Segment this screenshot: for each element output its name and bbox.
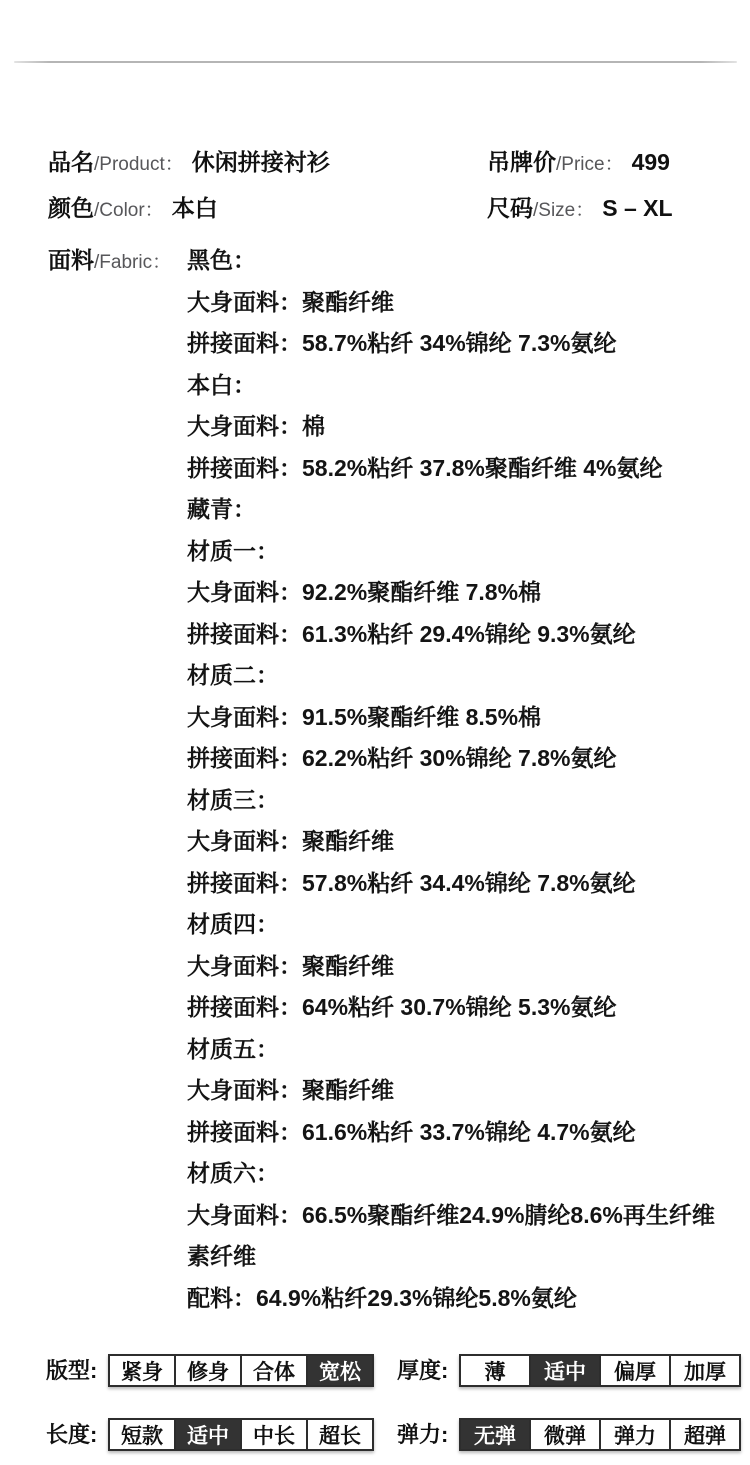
fit-selector-label: 版型:	[46, 1354, 97, 1387]
size-label-cn: 尺码	[487, 195, 533, 221]
length-selector-label: 长度:	[46, 1418, 97, 1451]
fabric-line: 材质四：	[187, 904, 732, 946]
fabric-line: 拼接面料：58.7%粘纤 34%锦纶 7.3%氨纶	[187, 323, 732, 365]
fabric-field-label: 面料/Fabric：	[48, 240, 171, 285]
product-name-value: 休闲拼接衬衫	[192, 149, 330, 175]
info-row-1: 品名/Product：休闲拼接衬衫 吊牌价/Price：499	[48, 146, 734, 182]
fabric-line: 材质三：	[187, 780, 732, 822]
length-option-extra-long[interactable]: 超长	[306, 1420, 372, 1449]
info-row-2: 颜色/Color：本白 尺码/Size：S – XL	[48, 192, 734, 228]
fabric-line: 大身面料：91.5%聚酯纤维 8.5%棉	[187, 697, 732, 739]
fabric-line: 藏青：	[187, 489, 732, 531]
fabric-label-cn: 面料	[48, 247, 94, 273]
stretch-selector-group: 无弹 微弹 弹力 超弹	[459, 1418, 741, 1451]
top-divider	[14, 61, 737, 63]
price-field: 吊牌价/Price：499	[487, 146, 734, 182]
fit-option-slim[interactable]: 修身	[174, 1356, 240, 1385]
fit-selector-group: 紧身 修身 合体 宽松	[108, 1354, 374, 1387]
fabric-line: 材质二：	[187, 655, 732, 697]
fabric-line: 材质一：	[187, 531, 732, 573]
fabric-line: 材质五：	[187, 1029, 732, 1071]
thickness-selector-group: 薄 适中 偏厚 加厚	[459, 1354, 741, 1387]
size-value: S – XL	[602, 195, 672, 221]
length-option-mid-long[interactable]: 中长	[240, 1420, 306, 1449]
color-label-cn: 颜色	[48, 195, 94, 221]
fit-option-loose[interactable]: 宽松	[306, 1356, 372, 1385]
price-label-en: /Price：	[556, 154, 624, 175]
fabric-line: 拼接面料：61.6%粘纤 33.7%锦纶 4.7%氨纶	[187, 1112, 732, 1154]
thickness-option-slightly-thick[interactable]: 偏厚	[599, 1356, 669, 1385]
product-label-en: /Product：	[94, 154, 184, 175]
fabric-line: 拼接面料：62.2%粘纤 30%锦纶 7.8%氨纶	[187, 738, 732, 780]
thickness-option-medium[interactable]: 适中	[529, 1356, 599, 1385]
length-option-medium[interactable]: 适中	[174, 1420, 240, 1449]
fabric-label-en: /Fabric：	[94, 252, 171, 273]
thickness-option-thick[interactable]: 加厚	[669, 1356, 739, 1385]
fit-option-regular[interactable]: 合体	[240, 1356, 306, 1385]
fabric-line: 拼接面料：57.8%粘纤 34.4%锦纶 7.8%氨纶	[187, 863, 732, 905]
fabric-line: 大身面料：棉	[187, 406, 732, 448]
thickness-option-thin[interactable]: 薄	[461, 1356, 529, 1385]
price-value: 499	[632, 149, 670, 175]
product-label-cn: 品名	[48, 149, 94, 175]
length-selector-group: 短款 适中 中长 超长	[108, 1418, 374, 1451]
fit-option-tight[interactable]: 紧身	[110, 1356, 174, 1385]
fabric-line: 大身面料：聚酯纤维	[187, 282, 732, 324]
fabric-line: 黑色：	[187, 240, 732, 282]
product-name-field: 品名/Product：休闲拼接衬衫	[48, 146, 487, 182]
fabric-line: 拼接面料：64%粘纤 30.7%锦纶 5.3%氨纶	[187, 987, 732, 1029]
size-label-en: /Size：	[533, 200, 594, 221]
stretch-option-stretchy[interactable]: 弹力	[599, 1420, 669, 1449]
fabric-line: 大身面料：聚酯纤维	[187, 946, 732, 988]
fabric-details: 黑色： 大身面料：聚酯纤维 拼接面料：58.7%粘纤 34%锦纶 7.3%氨纶 …	[187, 240, 732, 1319]
product-spec-page: 品名/Product：休闲拼接衬衫 吊牌价/Price：499 颜色/Color…	[0, 0, 750, 1465]
fabric-line: 大身面料：66.5%聚酯纤维24.9%腈纶8.6%再生纤维素纤维	[187, 1195, 732, 1278]
fabric-line: 大身面料：聚酯纤维	[187, 1070, 732, 1112]
fabric-line: 大身面料：92.2%聚酯纤维 7.8%棉	[187, 572, 732, 614]
fabric-line: 配料：64.9%粘纤29.3%锦纶5.8%氨纶	[187, 1278, 732, 1320]
fabric-line: 本白：	[187, 365, 732, 407]
fabric-line: 拼接面料：58.2%粘纤 37.8%聚酯纤维 4%氨纶	[187, 448, 732, 490]
stretch-option-slight[interactable]: 微弹	[529, 1420, 599, 1449]
stretch-selector-label: 弹力:	[397, 1418, 448, 1451]
color-label-en: /Color：	[94, 200, 164, 221]
price-label-cn: 吊牌价	[487, 149, 556, 175]
length-option-short[interactable]: 短款	[110, 1420, 174, 1449]
thickness-selector-label: 厚度:	[397, 1354, 448, 1387]
size-field: 尺码/Size：S – XL	[487, 192, 734, 228]
stretch-option-super[interactable]: 超弹	[669, 1420, 739, 1449]
stretch-option-none[interactable]: 无弹	[461, 1420, 529, 1449]
fabric-line: 大身面料：聚酯纤维	[187, 821, 732, 863]
color-value: 本白	[172, 195, 218, 221]
fabric-line: 材质六：	[187, 1153, 732, 1195]
color-field: 颜色/Color：本白	[48, 192, 487, 228]
fabric-line: 拼接面料：61.3%粘纤 29.4%锦纶 9.3%氨纶	[187, 614, 732, 656]
